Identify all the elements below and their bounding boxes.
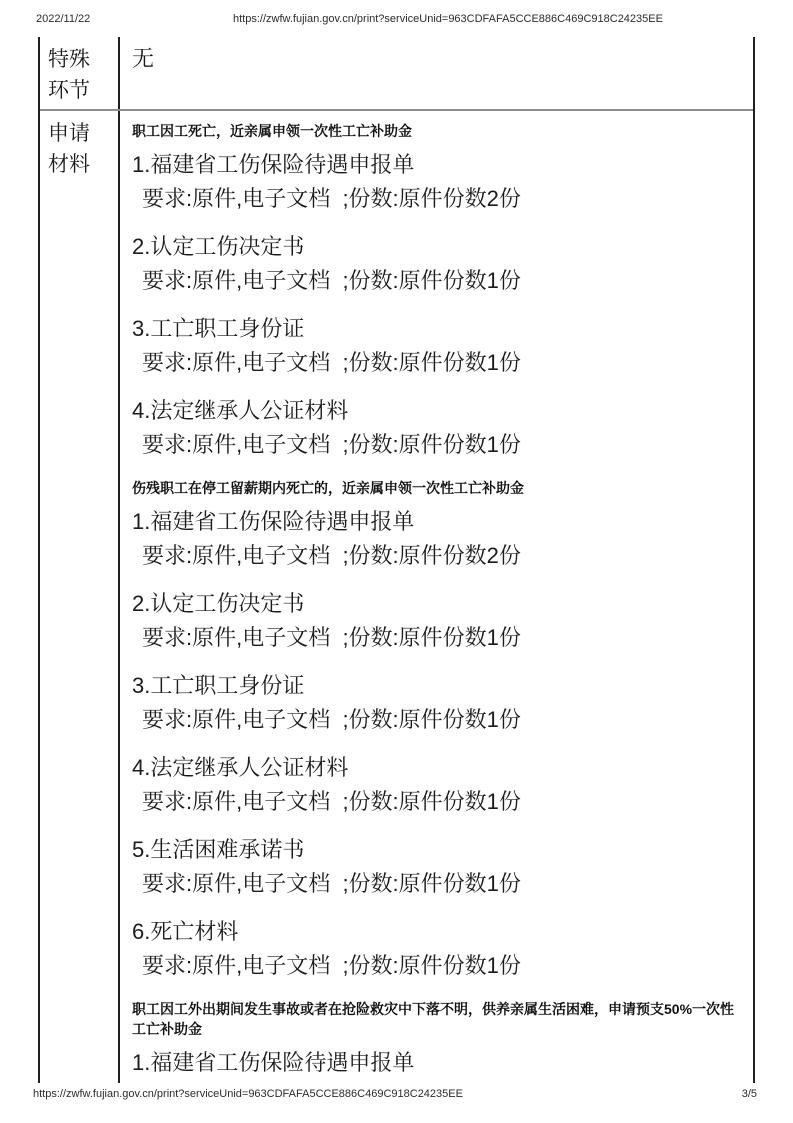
materials-sections: 职工因工死亡，近亲属申领一次性工亡补助金1.福建省工伤保险待遇申报单要求:原件,…	[120, 111, 753, 1083]
material-item-title: 3.工亡职工身份证	[132, 669, 737, 703]
material-item: 4.法定继承人公证材料要求:原件,电子文档 ;份数:原件份数1份	[132, 751, 737, 819]
service-info-table: 特殊环节 无 申请材料 职工因工死亡，近亲属申领一次性工亡补助金1.福建省工伤保…	[38, 37, 755, 1083]
material-item-title: 3.工亡职工身份证	[132, 312, 737, 346]
material-item-requirement: 要求:原件,电子文档 ;份数:原件份数1份	[132, 949, 737, 983]
material-item-title: 4.法定继承人公证材料	[132, 394, 737, 428]
table-row-special-steps: 特殊环节 无	[40, 37, 753, 111]
print-footer-page-number: 3/5	[742, 1088, 757, 1100]
material-item: 4.法定继承人公证材料要求:原件,电子文档 ;份数:原件份数1份	[132, 394, 737, 462]
material-item: 6.死亡材料要求:原件,电子文档 ;份数:原件份数1份	[132, 915, 737, 983]
print-footer: https://zwfw.fujian.gov.cn/print?service…	[33, 1088, 757, 1100]
material-item-requirement: 要求:原件,电子文档 ;份数:原件份数1份	[132, 428, 737, 462]
material-item-title: 1.福建省工伤保险待遇申报单	[132, 1046, 737, 1080]
table-row-application-materials: 申请材料 职工因工死亡，近亲属申领一次性工亡补助金1.福建省工伤保险待遇申报单要…	[40, 111, 753, 1083]
material-item-title: 1.福建省工伤保险待遇申报单	[132, 148, 737, 182]
material-item-requirement: 要求:原件,电子文档 ;份数:原件份数2份	[132, 182, 737, 216]
material-item-requirement: 要求:原件,电子文档 ;份数:原件份数1份	[132, 264, 737, 298]
row-label-special-steps: 特殊环节	[40, 37, 120, 109]
material-section: 职工因工外出期间发生事故或者在抢险救灾中下落不明，供养亲属生活困难，申请预支50…	[132, 999, 737, 1083]
material-item-requirement: 要求:原件,电子文档 ;份数:原件份数1份	[132, 346, 737, 380]
special-steps-value: 无	[132, 44, 737, 74]
material-item: 2.认定工伤决定书要求:原件,电子文档 ;份数:原件份数1份	[132, 587, 737, 655]
print-footer-url: https://zwfw.fujian.gov.cn/print?service…	[33, 1088, 463, 1100]
material-group-header: 伤残职工在停工留薪期内死亡的，近亲属申领一次性工亡补助金	[132, 478, 737, 498]
material-item: 5.生活困难承诺书要求:原件,电子文档 ;份数:原件份数1份	[132, 833, 737, 901]
material-item-title: 2.认定工伤决定书	[132, 587, 737, 621]
material-item-requirement: 要求:原件,电子文档 ;份数:原件份数2份	[132, 539, 737, 573]
print-header-date: 2022/11/22	[36, 13, 90, 25]
material-item: 3.工亡职工身份证要求:原件,电子文档 ;份数:原件份数1份	[132, 312, 737, 380]
material-section: 伤残职工在停工留薪期内死亡的，近亲属申领一次性工亡补助金1.福建省工伤保险待遇申…	[132, 478, 737, 983]
material-item-title: 6.死亡材料	[132, 915, 737, 949]
print-page: 2022/11/22 https://zwfw.fujian.gov.cn/pr…	[0, 0, 793, 1123]
print-header-url: https://zwfw.fujian.gov.cn/print?service…	[233, 13, 663, 25]
material-group-header: 职工因工外出期间发生事故或者在抢险救灾中下落不明，供养亲属生活困难，申请预支50…	[132, 999, 737, 1039]
material-item: 2.认定工伤决定书要求:原件,电子文档 ;份数:原件份数1份	[132, 230, 737, 298]
material-item-title: 5.生活困难承诺书	[132, 833, 737, 867]
material-item-requirement: 要求:原件,电子文档 ;份数:原件份数1份	[132, 785, 737, 819]
material-item: 1.福建省工伤保险待遇申报单要求:原件,电子文档 ;份数:原件份数2份	[132, 1046, 737, 1083]
material-item-title: 2.认定工伤决定书	[132, 230, 737, 264]
material-item-title: 4.法定继承人公证材料	[132, 751, 737, 785]
material-item-requirement: 要求:原件,电子文档 ;份数:原件份数1份	[132, 703, 737, 737]
material-item: 1.福建省工伤保险待遇申报单要求:原件,电子文档 ;份数:原件份数2份	[132, 148, 737, 216]
material-item-requirement: 要求:原件,电子文档 ;份数:原件份数1份	[132, 867, 737, 901]
material-item: 3.工亡职工身份证要求:原件,电子文档 ;份数:原件份数1份	[132, 669, 737, 737]
material-item: 1.福建省工伤保险待遇申报单要求:原件,电子文档 ;份数:原件份数2份	[132, 505, 737, 573]
row-label-application-materials: 申请材料	[40, 111, 120, 1083]
material-item-title: 1.福建省工伤保险待遇申报单	[132, 505, 737, 539]
material-item-requirement: 要求:原件,电子文档 ;份数:原件份数2份	[132, 1080, 737, 1083]
material-item-requirement: 要求:原件,电子文档 ;份数:原件份数1份	[132, 621, 737, 655]
material-section: 职工因工死亡，近亲属申领一次性工亡补助金1.福建省工伤保险待遇申报单要求:原件,…	[132, 121, 737, 462]
material-group-header: 职工因工死亡，近亲属申领一次性工亡补助金	[132, 121, 737, 141]
